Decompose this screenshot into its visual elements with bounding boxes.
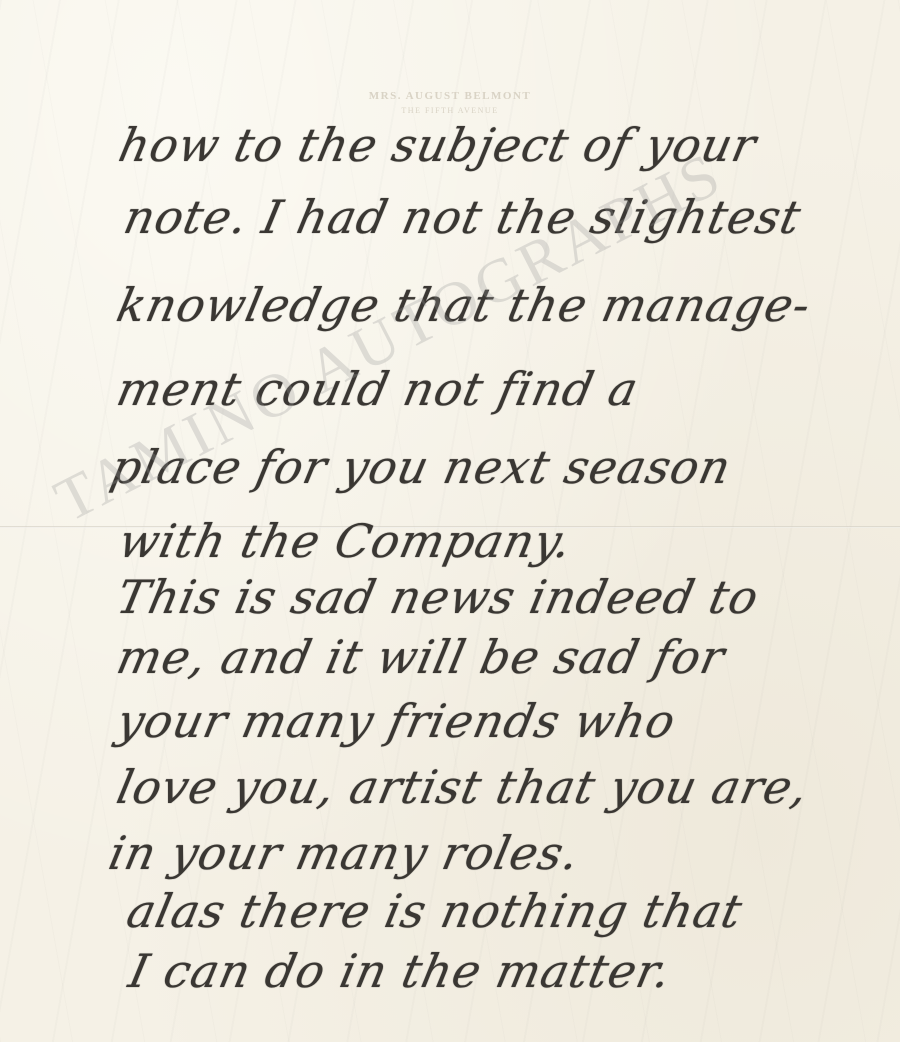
letterhead-address: THE FIFTH AVENUE xyxy=(0,106,900,115)
letter-line-13: I can do in the matter. xyxy=(124,944,676,998)
letter-line-11: in your many roles. xyxy=(104,826,584,880)
letter-line-1: how to the subject of your xyxy=(114,118,761,172)
letter-line-7: This is sad news indeed to xyxy=(112,570,764,624)
letter-line-12: alas there is nothing that xyxy=(122,884,747,938)
letter-page: MRS. AUGUST BELMONT THE FIFTH AVENUE how… xyxy=(0,0,900,1042)
letter-line-4: ment could not find a xyxy=(112,362,643,416)
letter-line-2: note. I had not the slightest xyxy=(119,190,806,244)
letter-line-9: your many friends who xyxy=(112,694,681,748)
letter-line-10: love you, artist that you are, xyxy=(112,760,813,814)
letter-line-8: me, and it will be sad for xyxy=(112,630,730,684)
letterhead-name: MRS. AUGUST BELMONT xyxy=(0,90,900,102)
letter-line-5: place for you next season xyxy=(106,440,736,494)
letter-line-3: knowledge that the manage- xyxy=(112,278,816,332)
letter-line-6: with the Company. xyxy=(114,514,577,568)
letterhead: MRS. AUGUST BELMONT THE FIFTH AVENUE xyxy=(0,90,900,115)
